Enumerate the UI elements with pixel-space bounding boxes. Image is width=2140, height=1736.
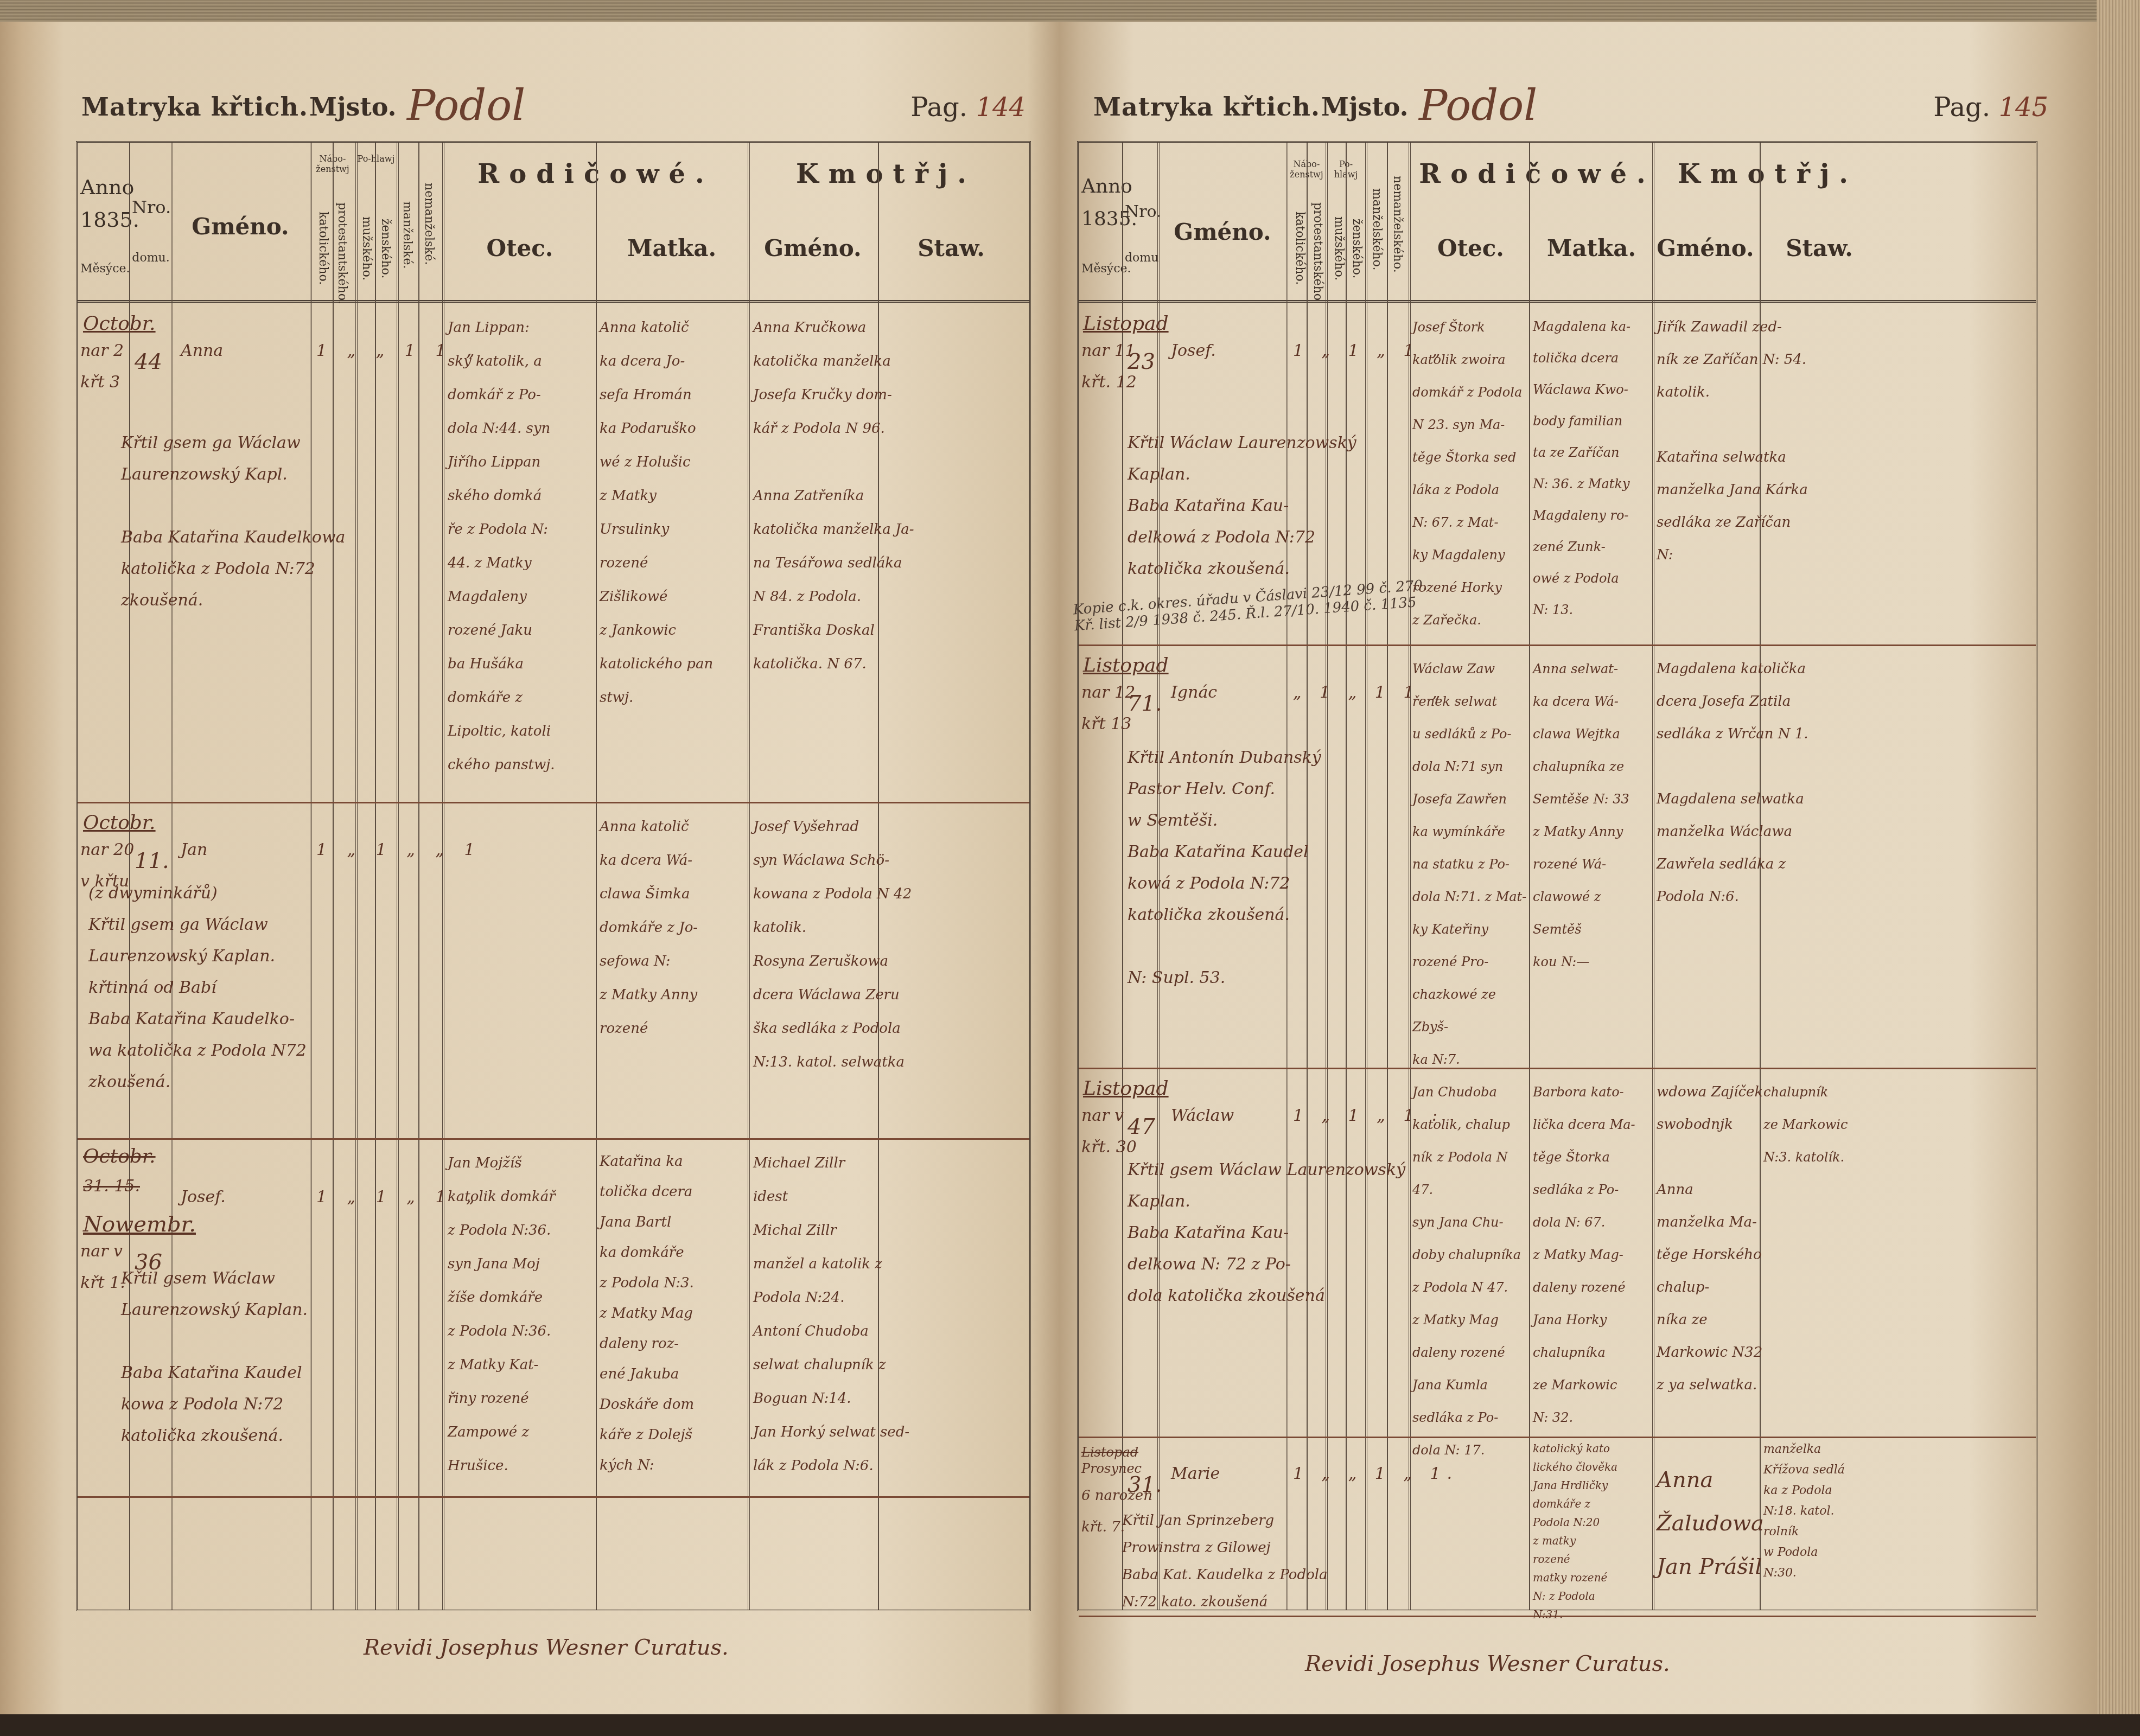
entry-house-no: 44: [135, 346, 162, 378]
register-title: Matryka křtich.: [81, 92, 308, 122]
entry-child-name: Anna: [181, 335, 223, 367]
header-year: 1835.: [80, 208, 129, 232]
register-entry: Octobr. 31. 15. Nowembr. nar v křt 1. 36…: [78, 1138, 1029, 1498]
entry-month-struck: Octobr.: [83, 1141, 156, 1172]
header-illegitimate: nemanželské.: [422, 170, 436, 278]
header-year: 1835.: [1081, 208, 1122, 230]
place-name: Podol: [1419, 81, 1537, 130]
entry-mother: Barbora kato- lička dcera Ma- těge Štork…: [1533, 1076, 1652, 1434]
header-godparents: Kmotřj.: [1654, 159, 1882, 189]
header-status: Staw.: [881, 235, 1022, 261]
header-legitimate: manželské.: [400, 181, 414, 289]
header-father: Otec.: [447, 235, 593, 261]
header-godparents: Kmotřj.: [750, 159, 1022, 189]
entry-mother: Katařina ka tolička dcera Jana Bartl ka …: [600, 1146, 746, 1480]
entry-child-name: Marie: [1171, 1458, 1220, 1490]
header-months: Měsýce.: [1081, 262, 1122, 276]
header-catholic: katolického.: [1293, 202, 1307, 295]
column-headers: Anno 1835. Měsýce. Nro. domu. Gméno. Náb…: [78, 143, 1029, 303]
entry-notes: (z dwyminkářů) Křtil gsem ga Wáclaw Laur…: [88, 878, 425, 1098]
place-label: Mjsto.: [1321, 92, 1409, 122]
entry-notes: Křtil Jan Sprinzeberg Prowinstra z Gilow…: [1122, 1507, 1502, 1616]
entry-child-name: Ignác: [1171, 677, 1217, 709]
header-sex: Po-hlawj: [357, 154, 395, 164]
book-bottom-edge: [0, 1714, 2140, 1736]
page-number: Pag. 145: [1933, 92, 2048, 123]
revision-signature: Revidi Josephus Wesner Curatus.: [1305, 1651, 1670, 1676]
header-name: Gméno.: [173, 213, 308, 240]
entry-house-no: 11.: [135, 845, 169, 877]
header-anno: Anno: [1081, 175, 1122, 197]
register-entry: Listopad nar 11. křt. 12 23 Josef. 1 „ 1…: [1079, 303, 2036, 646]
entry-godparents: Magdalena katolička dcera Josefa Zatila …: [1657, 653, 1879, 913]
header-parents: Rodičowé.: [1412, 159, 1662, 189]
header-female: ženského.: [379, 202, 392, 295]
entry-child-name: Wáclaw: [1171, 1100, 1234, 1132]
entry-godparents: Michael Zillr idest Michal Zillr manžel …: [753, 1146, 1024, 1483]
header-catholic: katolického.: [316, 202, 330, 295]
header-male: mužského.: [360, 202, 373, 295]
entry-marks: 1 „ 1 „ „ 1: [316, 834, 482, 866]
header-mother: Matka.: [598, 235, 745, 261]
header-godparent-name: Gméno.: [750, 235, 875, 261]
entry-godparents: Anna Žaludowa Jan Prášil: [1657, 1458, 1765, 1588]
book-top-edge: [0, 0, 2140, 22]
entry-notes: Křtil gsem Wáclaw Laurenzowský Kaplan. B…: [121, 1263, 436, 1452]
open-register-book: Matryka křtich. Mjsto. Podol Pag. 144 An…: [0, 0, 2140, 1736]
entry-house-no: 71.: [1128, 688, 1162, 719]
entry-date: nar 2 křt 3: [80, 335, 124, 398]
entry-godparents: wdowa Zajíček swobodnjk Anna manželka Ma…: [1657, 1076, 1765, 1401]
entry-child-name: Josef.: [181, 1182, 226, 1213]
header-legitimate: manželského.: [1370, 170, 1384, 289]
entry-child-name: Josef.: [1171, 335, 1216, 367]
entry-mother: Magdalena ka- tolička dcera Wáclawa Kwo-…: [1533, 311, 1652, 626]
entry-father: Wáclaw Zaw řenek selwat u sedláků z Po- …: [1412, 653, 1529, 1076]
entry-mother: Anna katolič ka dcera Wá- clawa Šimka do…: [600, 810, 746, 1045]
page-number: Pag. 144: [910, 92, 1026, 123]
entry-date-struck: 31. 15.: [83, 1171, 140, 1202]
header-male: mužského.: [1332, 202, 1346, 295]
entry-godparents: Josef Vyšehrad syn Wáclawa Schö- kowana …: [753, 810, 1024, 1079]
entry-godparents: Jiřík Zawadil zed- ník ze Zaříčan N: 54.…: [1657, 311, 1879, 571]
entry-mother: Anna selwat- ka dcera Wá- clawa Wejtka c…: [1533, 653, 1652, 978]
entry-status: manželka Křížova sedlá ka z Podola N:18.…: [1763, 1439, 1877, 1584]
entry-notes: Křtil Wáclaw Laurenzowský Kaplan. Baba K…: [1128, 427, 1410, 585]
entry-father: Josef Štork katolik zwoira domkář z Podo…: [1412, 311, 1529, 636]
header-status: Staw.: [1762, 235, 1876, 261]
header-mother: Matka.: [1532, 235, 1651, 261]
register-entry: Listopad nar v křt. 30 47 Wáclaw 1 „ 1 „…: [1079, 1068, 2036, 1438]
register-entry: Octobr. nar 20 v křtu 11. Jan 1 „ 1 „ „ …: [78, 802, 1029, 1140]
register-title: Matryka křtich.: [1093, 92, 1320, 122]
header-godparent-name: Gméno.: [1654, 235, 1757, 261]
left-page: Matryka křtich. Mjsto. Podol Pag. 144 An…: [16, 22, 1047, 1709]
entry-status: chalupník ze Markowic N:3. katolík.: [1763, 1076, 1877, 1173]
register-entry: Listopad nar 12 křt 13 71. Ignác „ 1 „ 1…: [1079, 644, 2036, 1069]
register-entry: Octobr. nar 2 křt 3 44 Anna 1 „ „ 1 1 „ …: [78, 303, 1029, 803]
entry-notes: Křtil gsem Wáclaw Laurenzowský Kaplan. B…: [1128, 1154, 1410, 1312]
entry-date: nar v křt 1.: [80, 1236, 125, 1299]
book-right-edge: [2097, 0, 2140, 1736]
register-table: Anno 1835. Měsýce. Nro. domu Gméno. Nábo…: [1077, 141, 2037, 1611]
entry-notes: Křtil gsem ga Wáclaw Laurenzowský Kapl. …: [121, 427, 436, 616]
header-nro: Nro.: [132, 197, 170, 218]
header-name: Gméno.: [1160, 219, 1285, 245]
register-table: Anno 1835. Měsýce. Nro. domu. Gméno. Náb…: [76, 141, 1031, 1611]
entry-father: Jan Chudoba katolik, chalup ník z Podola…: [1412, 1076, 1529, 1466]
entry-child-name: Jan: [181, 834, 207, 866]
entry-marks: 1 „ „ 1 „ 1.: [1293, 1458, 1458, 1490]
column-headers: Anno 1835. Měsýce. Nro. domu Gméno. Nábo…: [1079, 143, 2036, 303]
header-illegitimate: nemanželského.: [1391, 164, 1404, 284]
entry-house-no: 31.: [1128, 1469, 1162, 1501]
entry-godparents: Anna Kručkowa katolička manželka Josefa …: [753, 311, 1024, 681]
entry-house-no: 47: [1128, 1111, 1155, 1143]
entry-mother: Anna katolič ka dcera Jo- sefa Hromán ka…: [600, 311, 746, 714]
entry-father: Jan Lippan: ský katolik, a domkář z Po- …: [448, 311, 594, 782]
place-label: Mjsto.: [309, 92, 397, 122]
entry-notes: Křtil Antonín Dubanský Pastor Helv. Conf…: [1128, 742, 1410, 994]
place-name: Podol: [407, 81, 525, 130]
header-father: Otec.: [1412, 235, 1529, 261]
header-protestant: protestantského: [1311, 202, 1324, 295]
right-page: Matryka křtich. Mjsto. Podol Pag. 145 An…: [1072, 22, 2092, 1709]
header-domu: domu: [1125, 251, 1157, 265]
entry-house-no: 23: [1128, 346, 1155, 378]
page-header: Matryka křtich. Mjsto. Podol Pag. 145: [1093, 87, 2048, 130]
entry-father: Jan Mojžíš katolik domkář z Podola N:36.…: [448, 1146, 594, 1483]
revision-signature: Revidi Josephus Wesner Curatus.: [364, 1635, 729, 1660]
page-header: Matryka křtich. Mjsto. Podol Pag. 144: [81, 87, 1026, 130]
header-anno: Anno: [80, 175, 129, 199]
register-entry: Listopad Prosynec 6 narozen křt. 7. 31. …: [1079, 1437, 2036, 1617]
entry-father: katolický kato lického člověka Jana Hrdl…: [1533, 1439, 1652, 1624]
header-protestant: protestantského.: [335, 202, 349, 295]
header-female: ženského.: [1350, 202, 1364, 295]
header-domu: domu.: [132, 251, 170, 265]
header-nro: Nro.: [1125, 202, 1157, 221]
header-months: Měsýce.: [80, 262, 129, 276]
